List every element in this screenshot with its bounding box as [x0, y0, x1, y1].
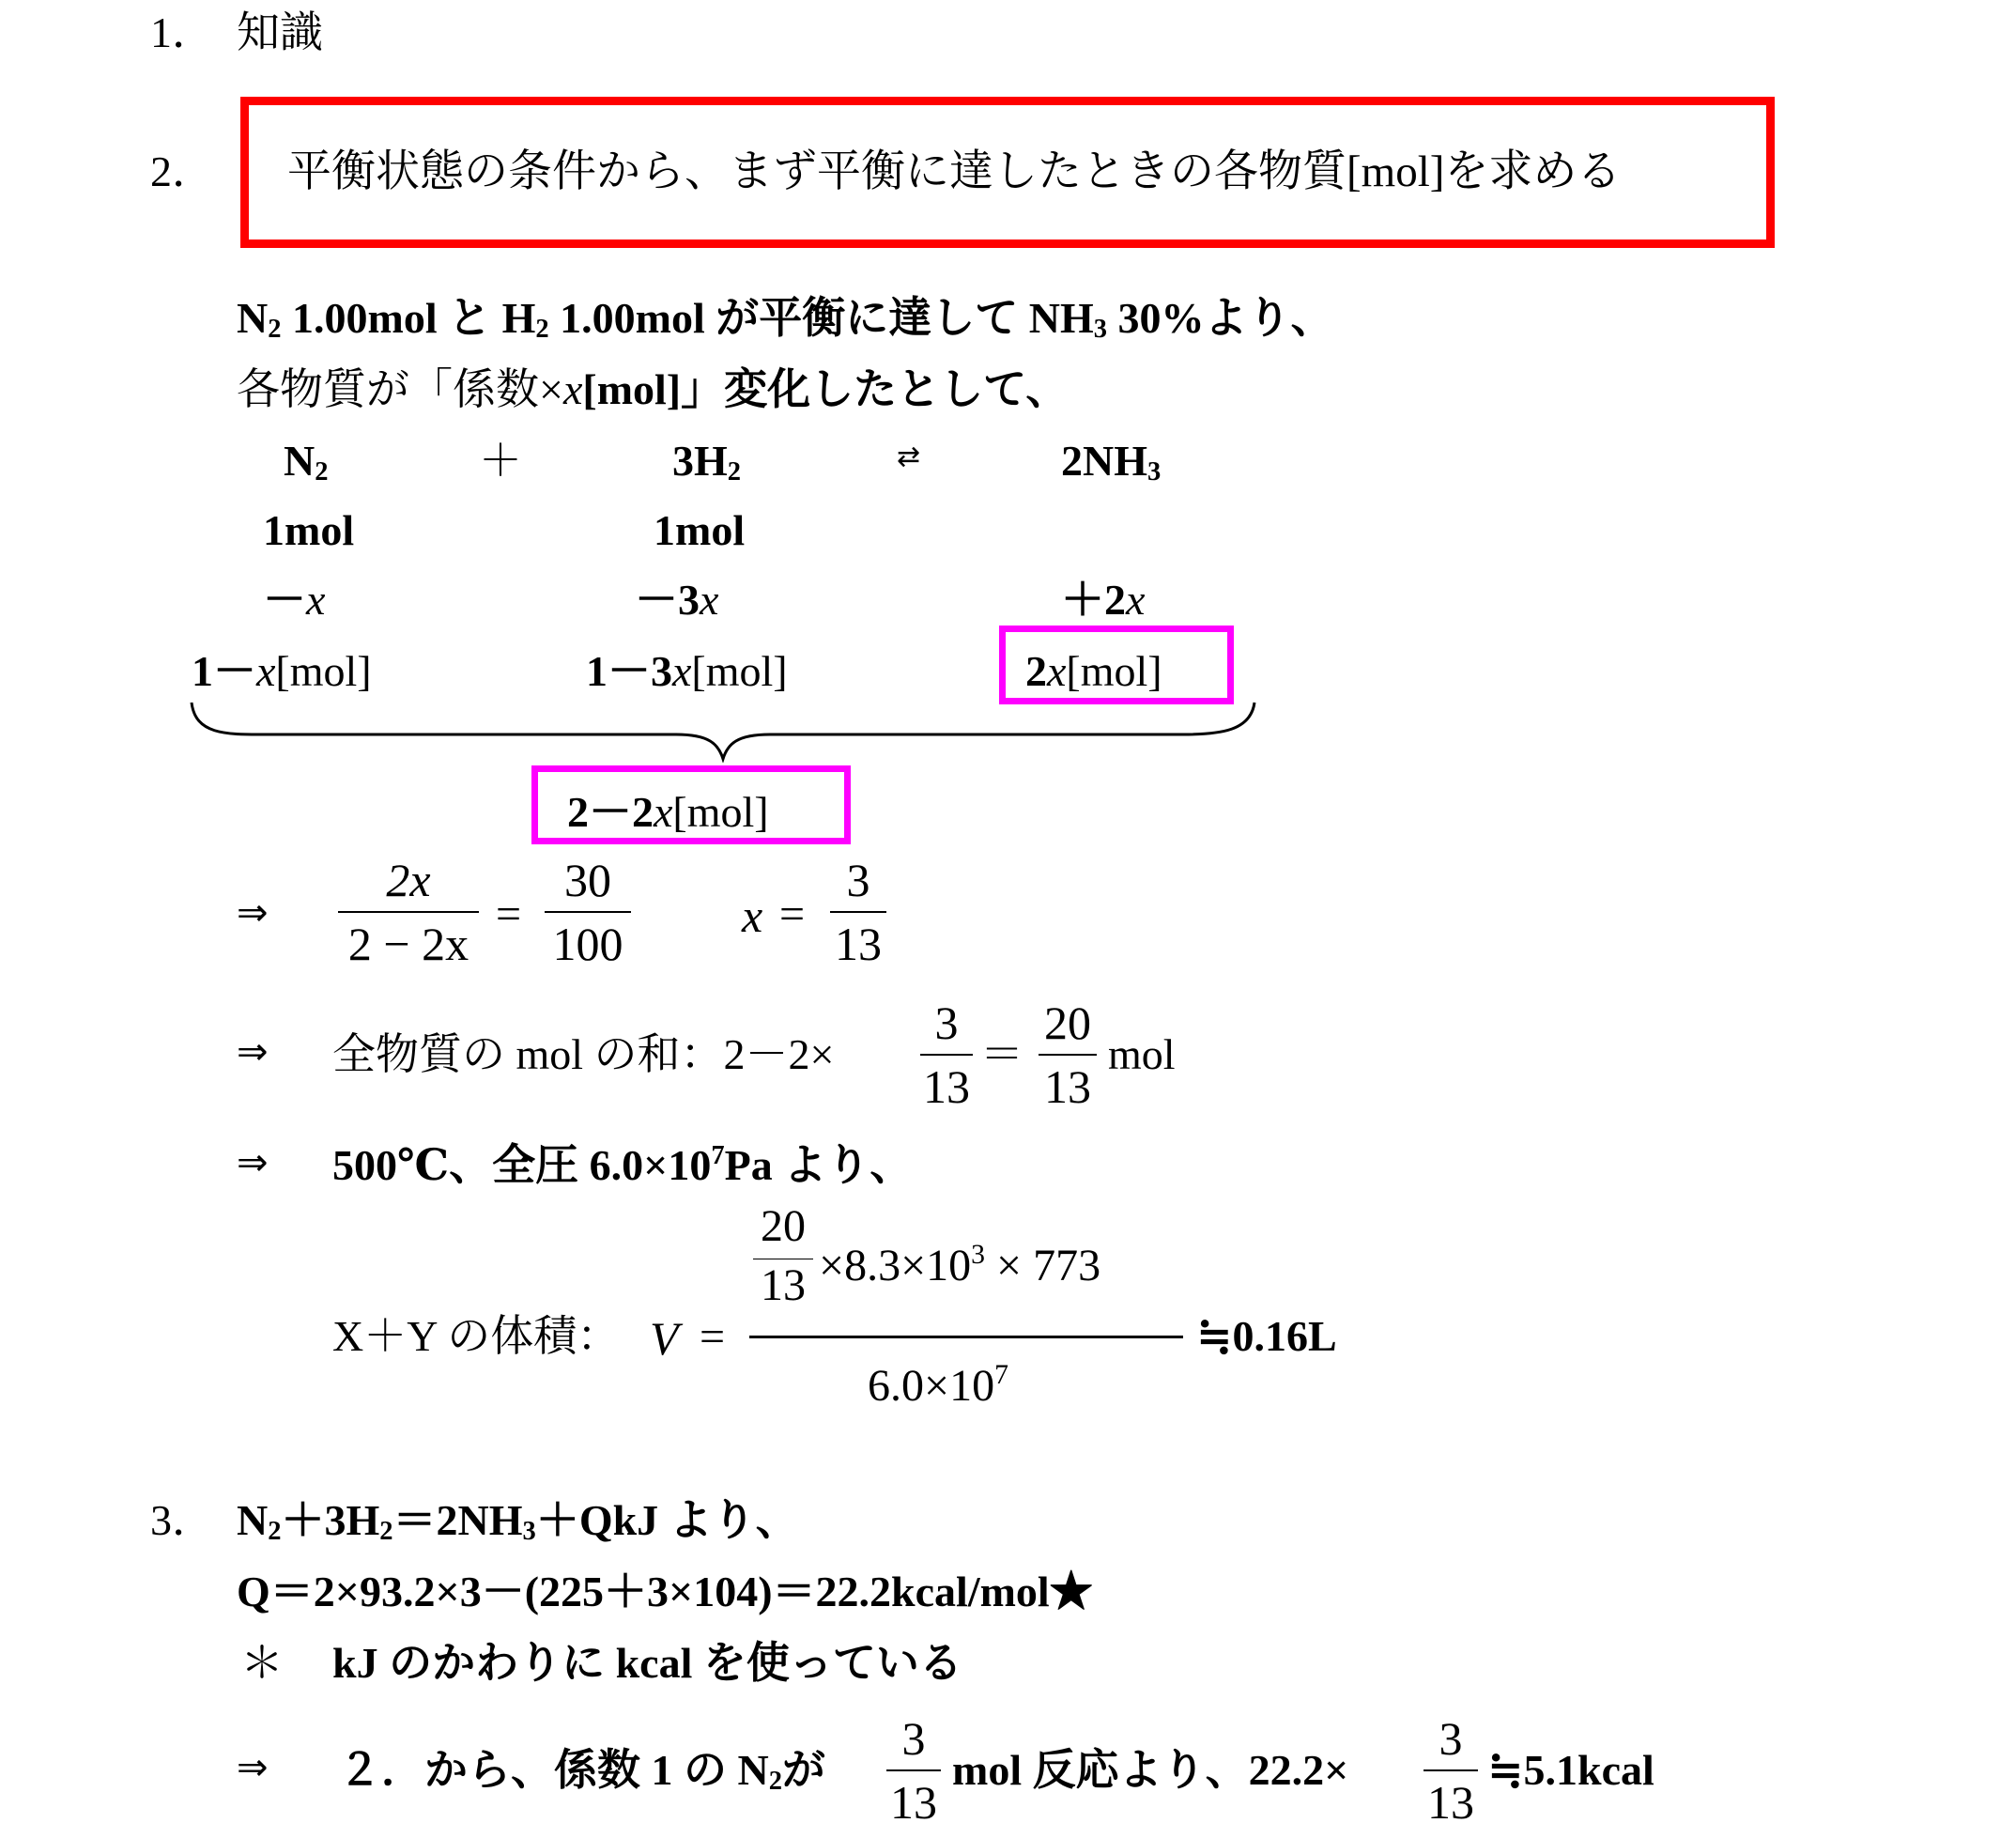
intro-line-2: 各物質が「係数×x[mol]」変化したとして、	[237, 368, 1069, 411]
change-nh3: ＋2x	[1061, 579, 1145, 622]
volume-variable: V	[650, 1315, 679, 1362]
initial-n2: 1mol	[263, 509, 354, 552]
thermochemical-equation: N2＋3H2＝2NH3＋QkJ より、	[237, 1499, 799, 1542]
section-1-text: 知識	[237, 11, 323, 54]
plus-sign: ＋	[479, 440, 522, 483]
reactant-h2: 3H2	[672, 440, 741, 483]
equals-sign: ＝	[980, 1033, 1023, 1076]
volume-denominator: 6.0×107	[868, 1364, 1008, 1409]
volume-label: X＋Y の体積：	[332, 1315, 620, 1358]
initial-h2: 1mol	[654, 509, 745, 552]
change-h2: －3x	[635, 579, 718, 622]
total-mol-label: 全物質の mol の和：2－2×	[332, 1033, 835, 1076]
x-variable: x	[742, 892, 762, 939]
implies-arrow-icon: ⇒	[237, 1144, 269, 1182]
equilibrium-nh3: 2x[mol]	[1025, 650, 1162, 693]
section-1-number: 1．	[150, 11, 215, 54]
q-calculation: Q＝2×93.2×3－(225＋3×104)＝22.2kcal/mol★	[237, 1570, 1093, 1614]
heat-calc-part1: ２．から、係数 1 の N2が	[338, 1749, 825, 1792]
change-n2: －x	[263, 579, 325, 622]
product-nh3: 2NH3	[1061, 440, 1161, 483]
total-mol: 2－2x[mol]	[567, 791, 769, 834]
note-asterisk: ＊	[240, 1642, 284, 1685]
fraction-3-over-13: 313	[1424, 1715, 1478, 1823]
volume-result: ≒0.16L	[1196, 1315, 1337, 1358]
fraction-20-over-13: 2013	[753, 1204, 813, 1308]
fraction-30-over-100: 30100	[545, 857, 631, 967]
fraction-2x-over-2-2x: 2x2 − 2x	[338, 857, 479, 967]
equilibrium-arrow-icon: ⇄	[897, 443, 920, 471]
equals-sign: =	[496, 892, 521, 937]
fraction-3-over-13: 313	[886, 1715, 941, 1823]
volume-numerator: ×8.3×103 × 773	[819, 1244, 1100, 1289]
heat-result: ≒5.1kcal	[1487, 1749, 1654, 1792]
intro-line-1: N2 1.00mol と H2 1.00mol が平衡に達して NH3 30%よ…	[237, 297, 1334, 340]
fraction-bar	[749, 1336, 1183, 1338]
section-2-number: 2．	[150, 150, 215, 193]
equals-sign: =	[779, 892, 805, 937]
conditions-text: 500℃、全圧 6.0×107Pa より、	[332, 1144, 913, 1187]
implies-arrow-icon: ⇒	[237, 1749, 269, 1786]
reactant-n2: N2	[284, 440, 329, 483]
implies-arrow-icon: ⇒	[237, 1033, 269, 1071]
fraction-3-over-13: 313	[830, 857, 886, 967]
underbrace-icon	[188, 697, 1258, 763]
equals-sign: =	[700, 1315, 725, 1360]
unit-note: kJ のかわりに kcal を使っている	[332, 1642, 962, 1685]
mol-unit: mol	[1108, 1033, 1176, 1076]
heat-calc-part2: mol 反応より、22.2×	[952, 1749, 1348, 1792]
fraction-20-over-13: 2013	[1039, 999, 1097, 1110]
implies-arrow-icon: ⇒	[237, 894, 269, 932]
fraction-3-over-13: 313	[920, 999, 973, 1110]
section-3-number: 3．	[150, 1499, 215, 1542]
key-point-text: 平衡状態の条件から、まず平衡に達したときの各物質[mol]を求める	[287, 150, 1621, 194]
equilibrium-h2: 1－3x[mol]	[586, 650, 788, 693]
equilibrium-n2: 1－x[mol]	[192, 650, 372, 693]
